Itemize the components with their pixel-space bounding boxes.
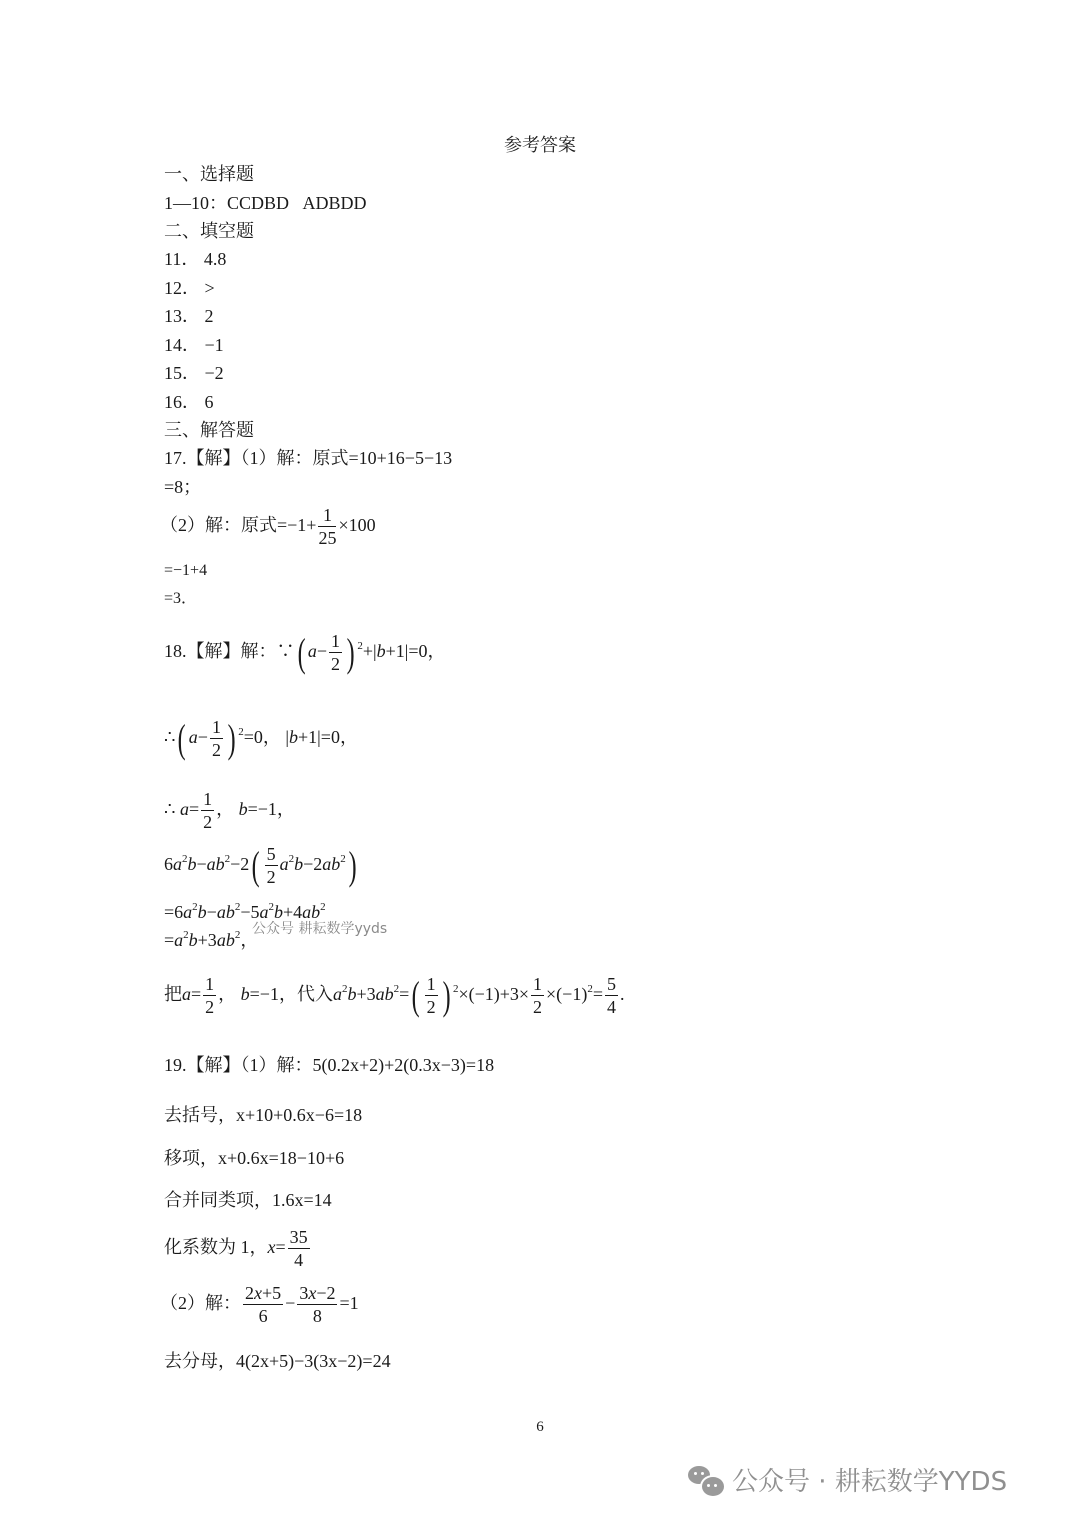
- q19-step4: 化系数为 1，x=354: [164, 1228, 312, 1270]
- q18-line3: ∴ a=12， b=−1，: [164, 790, 295, 832]
- choice-answers: 1—10：CCDBD ADBDD: [164, 194, 367, 212]
- q17-line2: =8；: [164, 478, 201, 496]
- section-heading-choice: 一、选择题: [164, 165, 254, 183]
- choice-prefix: 1—10：: [164, 193, 227, 213]
- q19-step5: 去分母，4(2x+5)−3(3x−2)=24: [164, 1352, 391, 1370]
- fill-answer: 12． >: [164, 279, 215, 297]
- q19-step1: 去括号，x+10+0.6x−6=18: [164, 1106, 362, 1124]
- fill-answer: 13． 2: [164, 307, 214, 325]
- section-heading-solve: 三、解答题: [164, 421, 254, 439]
- q18-line1: 18.【解】解：∵(a−12)2+|b+1|=0，: [164, 632, 445, 674]
- q17-line5: =3．: [164, 591, 197, 607]
- fill-answer: 15． −2: [164, 364, 224, 382]
- q17-part2: （2）解：原式=−1+125×100: [160, 506, 376, 548]
- q19-part1: 19.【解】（1）解：5(0.2x+2)+2(0.3x−3)=18: [164, 1056, 494, 1074]
- q19-step3: 合并同类项，1.6x=14: [164, 1191, 332, 1209]
- page-number: 6: [0, 1420, 1080, 1435]
- fill-answer: 14． −1: [164, 336, 224, 354]
- choice-group-1: CCDBD: [227, 193, 289, 213]
- page-title: 参考答案: [0, 136, 1080, 154]
- footer-watermark: 公众号 · 耕耘数学YYDS: [688, 1466, 1007, 1498]
- wechat-icon: [688, 1466, 724, 1498]
- watermark-text: 公众号 耕耘数学yyds: [252, 922, 387, 936]
- fill-answer: 11． 4.8: [164, 250, 226, 268]
- q18-line2: ∴(a−12)2=0， |b+1|=0，: [164, 718, 358, 760]
- fill-answer: 16． 6: [164, 393, 214, 411]
- q19-part2: （2）解：2x+56−3x−28=1: [160, 1284, 359, 1326]
- q17-line4: =−1+4: [164, 563, 207, 579]
- q18-substitute: 把a=12， b=−1，代入a2b+3ab2=(12)2×(−1)+3×12×(…: [164, 975, 624, 1017]
- q17-part1: 17.【解】（1）解：原式=10+16−5−13: [164, 449, 452, 467]
- q19-step2: 移项，x+0.6x=18−10+6: [164, 1149, 344, 1167]
- fraction: 125: [318, 506, 336, 548]
- q18-step1: =6a2b−ab2−5a2b+4ab2: [164, 902, 326, 921]
- q18-expr: 6a2b−ab2−2(52a2b−2ab2): [164, 845, 359, 887]
- section-heading-fill: 二、填空题: [164, 222, 254, 240]
- choice-group-2: ADBDD: [303, 193, 367, 213]
- footer-watermark-text: 公众号 · 耕耘数学YYDS: [732, 1469, 1007, 1495]
- q18-step2: =a2b+3ab2，: [164, 930, 258, 949]
